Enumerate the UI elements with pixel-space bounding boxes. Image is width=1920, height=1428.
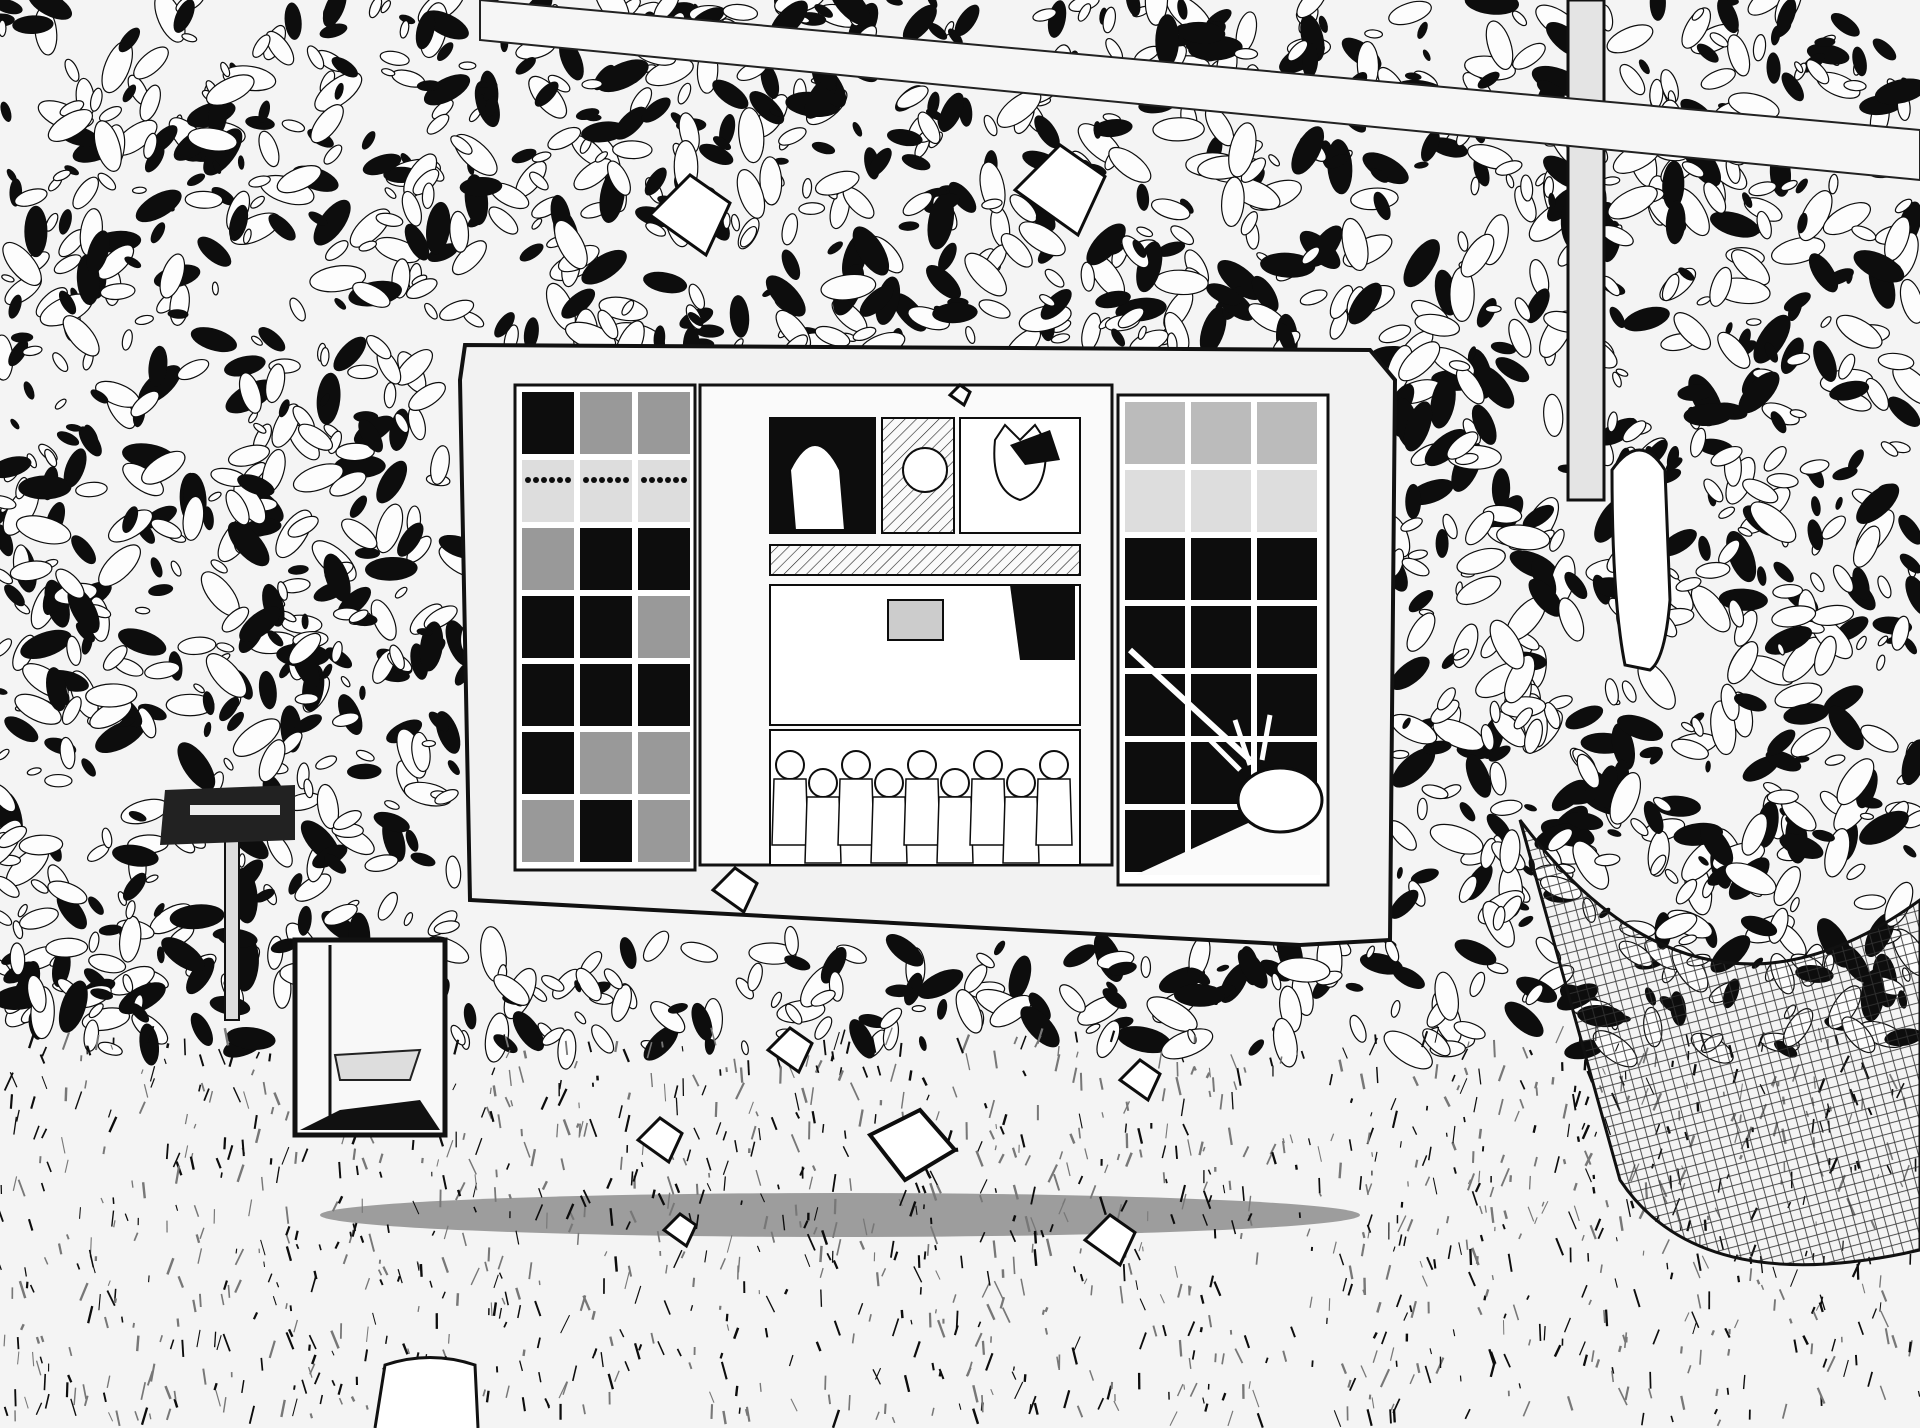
ghost-figure (1612, 450, 1670, 670)
comic-center (770, 418, 1080, 865)
ink-drawing (0, 0, 1920, 1428)
glass-case (295, 940, 445, 1135)
artwork-canvas: Black-and-white ink drawing of an overgr… (0, 0, 1920, 1428)
foot (375, 1358, 478, 1428)
left-pane (522, 392, 690, 862)
window-frame (460, 345, 1395, 945)
